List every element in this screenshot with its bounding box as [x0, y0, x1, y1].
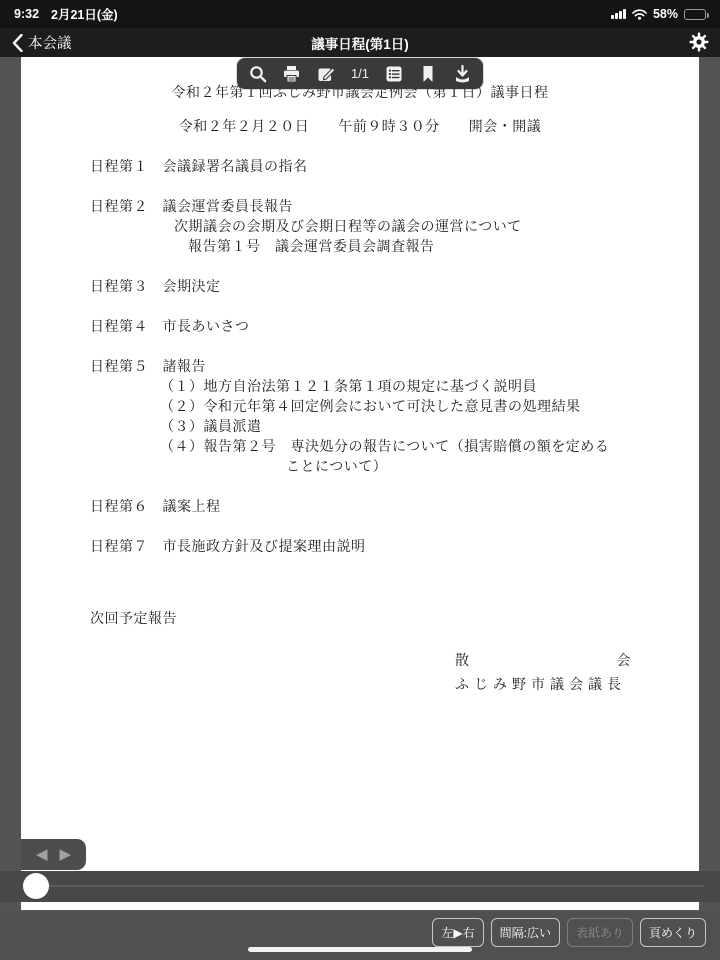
chairman-signature: ふじみ野市議会議長: [455, 676, 699, 696]
next-page-button[interactable]: ▶: [60, 847, 72, 862]
page-nav-panel: ◀ ▶: [21, 839, 86, 870]
bookmark-icon: [421, 65, 435, 83]
agenda-item-5-sub-1: （１）地方自治法第１２１条第１項の規定に基づく説明員: [160, 378, 699, 398]
agenda-item-5: 日程第５ 諸報告: [90, 358, 699, 378]
toc-list-icon: [385, 65, 403, 83]
cover-page-button[interactable]: 表紙あり: [567, 918, 633, 947]
agenda-item-2-sub-2: 報告第１号 議会運営委員会調査報告: [188, 238, 699, 258]
spacing-button[interactable]: 間隔:広い: [491, 918, 560, 947]
adjournment-right: 会: [617, 652, 632, 672]
cellular-signal-icon: [611, 9, 626, 19]
adjournment-left: 散: [455, 652, 470, 672]
slider-knob[interactable]: [23, 873, 49, 899]
page-indicator: 1/1: [351, 66, 369, 81]
battery-icon: [684, 9, 706, 20]
document-viewer: 令和２年第１回ふじみ野市議会定例会（第１日）議事日程 令和２年２月２０日 午前９…: [0, 57, 720, 912]
back-button-label: 本会議: [28, 32, 72, 53]
gear-icon: [688, 31, 710, 53]
settings-button[interactable]: [688, 31, 710, 53]
page-title: 議事日程(第1日): [311, 33, 409, 53]
download-icon: [453, 65, 472, 83]
home-indicator[interactable]: [248, 947, 472, 952]
search-button[interactable]: [248, 64, 267, 83]
document-datetime: 令和２年２月２０日 午前９時３０分 開会・開議: [21, 118, 699, 138]
document-page[interactable]: 令和２年第１回ふじみ野市議会定例会（第１日）議事日程 令和２年２月２０日 午前９…: [21, 57, 699, 910]
agenda-item-3: 日程第３ 会期決定: [90, 278, 699, 298]
bookmark-button[interactable]: [419, 64, 438, 83]
agenda-item-6: 日程第６ 議案上程: [90, 498, 699, 518]
search-icon: [249, 65, 267, 83]
navigation-bar: 本会議 議事日程(第1日): [0, 28, 720, 57]
download-button[interactable]: [453, 64, 472, 83]
agenda-item-5-sub-2: （２）令和元年第４回定例会において可決した意見書の処理結果: [160, 398, 699, 418]
document-body: 令和２年第１回ふじみ野市議会定例会（第１日）議事日程 令和２年２月２０日 午前９…: [21, 57, 699, 910]
viewer-toolbar: 1/1: [237, 58, 483, 89]
agenda-item-1: 日程第１ 会議録署名議員の指名: [90, 158, 699, 178]
agenda-item-2-sub-1: 次期議会の会期及び会期日程等の議会の運営について: [174, 218, 699, 238]
page-direction-button[interactable]: 左▶右: [432, 918, 483, 947]
agenda-item-2: 日程第２ 議会運営委員長報告: [90, 198, 699, 218]
wifi-icon: [632, 9, 647, 20]
clock: 9:32: [14, 7, 39, 21]
agenda-list: 日程第１ 会議録署名議員の指名 日程第２ 議会運営委員長報告 次期議会の会期及び…: [21, 158, 699, 696]
adjournment-line: 散 会: [455, 652, 631, 672]
annotate-button[interactable]: [317, 64, 336, 83]
print-button[interactable]: [282, 64, 301, 83]
table-of-contents-button[interactable]: [384, 64, 403, 83]
page-turn-button[interactable]: 頁めくり: [640, 918, 706, 947]
slider-track[interactable]: [30, 885, 704, 887]
agenda-item-5-sub-4: （４）報告第２号 専決処分の報告について（損害賠償の額を定める: [160, 438, 699, 458]
agenda-item-5-sub-4-cont: ことについて）: [286, 458, 699, 478]
page-slider[interactable]: [0, 871, 720, 902]
previous-page-button[interactable]: ◀: [36, 847, 48, 862]
status-date: 2月21日(金): [51, 5, 118, 23]
agenda-item-7: 日程第７ 市長施政方針及び提案理由説明: [90, 538, 699, 558]
bottom-toolbar: 左▶右 間隔:広い 表紙あり 頁めくり: [0, 912, 720, 960]
back-button[interactable]: 本会議: [0, 32, 84, 53]
battery-percent-label: 58%: [653, 7, 678, 21]
chevron-left-icon: [12, 34, 23, 52]
status-bar: 9:32 2月21日(金) 58%: [0, 0, 720, 28]
agenda-item-4: 日程第４ 市長あいさつ: [90, 318, 699, 338]
compose-icon: [317, 65, 336, 83]
next-session-note: 次回予定報告: [90, 610, 699, 630]
agenda-item-5-sub-3: （３）議員派遣: [160, 418, 699, 438]
print-icon: [282, 65, 301, 83]
